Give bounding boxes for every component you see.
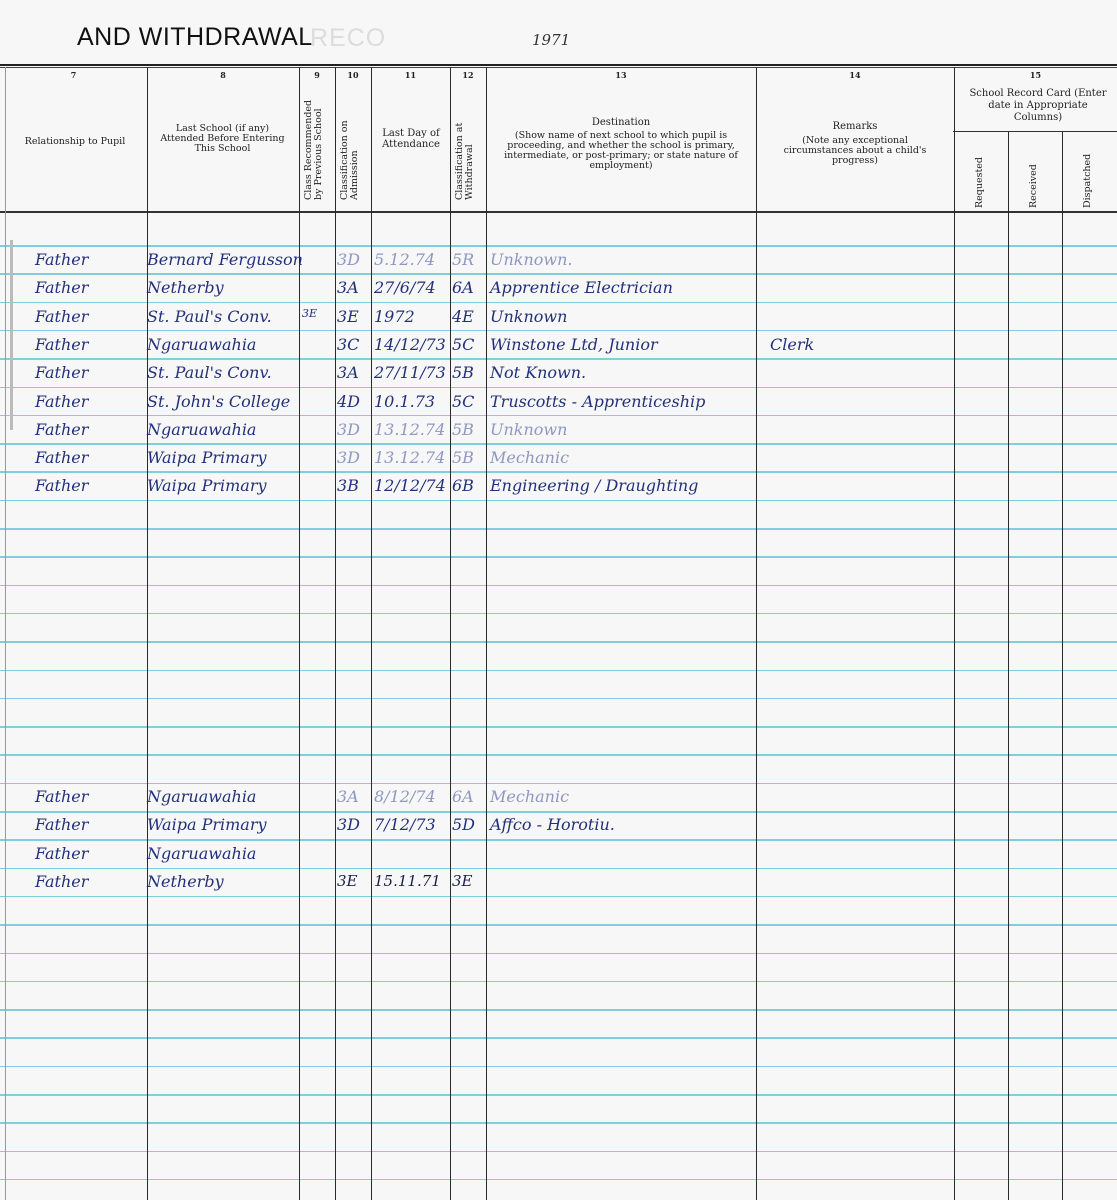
ruled-line xyxy=(0,953,1117,955)
ruled-line xyxy=(0,1009,1117,1011)
cell-last-day: 13.12.74 xyxy=(374,448,445,467)
cell-last-day: 15.11.71 xyxy=(374,872,441,890)
cell-destination: Engineering / Draughting xyxy=(490,476,698,495)
column-divider xyxy=(5,67,6,1200)
cell-destination: Not Known. xyxy=(490,363,586,382)
page-title: AND WITHDRAWAL xyxy=(77,23,313,52)
col-15-number: 15 xyxy=(954,70,1117,80)
col-7-label: Relationship to Pupil xyxy=(20,137,130,147)
column-divider xyxy=(954,67,955,1200)
col-15-requested: Requested xyxy=(975,140,985,208)
column-divider xyxy=(1008,131,1009,1200)
cell-class-withdrawal: 5R xyxy=(452,250,474,269)
cell-class-withdrawal: 6B xyxy=(452,476,474,495)
cell-class-admission: 3A xyxy=(337,363,359,382)
cell-destination: Mechanic xyxy=(490,787,569,806)
cell-class-withdrawal: 3E xyxy=(452,872,473,890)
cell-class-withdrawal: 6A xyxy=(452,278,474,297)
cell-last-day: 8/12/74 xyxy=(374,787,436,806)
ruled-line xyxy=(0,896,1117,898)
cell-relationship: Father xyxy=(35,278,88,297)
cell-class-admission: 3B xyxy=(337,476,359,495)
cell-destination: Winstone Ltd, Junior xyxy=(490,335,658,354)
column-divider xyxy=(299,67,300,1200)
cell-relationship: Father xyxy=(35,787,88,806)
cell-class-withdrawal: 5B xyxy=(452,363,474,382)
ruled-line xyxy=(0,783,1117,785)
ruled-line xyxy=(0,1066,1117,1068)
cell-last-day: 5.12.74 xyxy=(374,250,435,269)
column-divider xyxy=(1062,131,1063,1200)
cell-class-withdrawal: 5C xyxy=(452,335,474,354)
ruled-line xyxy=(0,387,1117,389)
col-9-number: 9 xyxy=(299,70,335,80)
cell-destination: Unknown xyxy=(490,307,567,326)
cell-last-school: Netherby xyxy=(147,872,224,891)
ruled-line xyxy=(0,839,1117,841)
ruled-line xyxy=(0,754,1117,756)
header-top-rule xyxy=(0,64,1117,66)
cell-class-admission: 3A xyxy=(337,787,359,806)
cell-last-school: Bernard Fergusson xyxy=(147,250,303,269)
cell-relationship: Father xyxy=(35,815,88,834)
ruled-line xyxy=(0,1094,1117,1096)
cell-last-school: St. Paul's Conv. xyxy=(147,307,272,326)
record-card-subrule xyxy=(953,131,1117,132)
cell-class-admission: 3A xyxy=(337,278,359,297)
cell-destination: Mechanic xyxy=(490,448,569,467)
cell-relationship: Father xyxy=(35,307,88,326)
column-divider xyxy=(371,67,372,1200)
cell-last-day: 12/12/74 xyxy=(374,476,446,495)
ruled-line xyxy=(0,698,1117,700)
ruled-line xyxy=(0,585,1117,587)
header-bottom-rule xyxy=(0,211,1117,213)
ruled-line xyxy=(0,443,1117,445)
cell-last-school: St. Paul's Conv. xyxy=(147,363,272,382)
col-11-label: Last Day of Attendance xyxy=(376,128,446,150)
cell-last-school: Waipa Primary xyxy=(147,815,267,834)
ruled-line xyxy=(0,302,1117,304)
header-top-rule-thin xyxy=(0,67,1117,68)
cell-relationship: Father xyxy=(35,392,88,411)
cell-class-withdrawal: 5D xyxy=(452,815,475,834)
cell-last-day: 1972 xyxy=(374,307,415,326)
ruled-line xyxy=(0,1179,1117,1181)
cell-class-admission: 3E xyxy=(337,307,359,326)
col-13-label: Destination xyxy=(496,118,746,128)
cell-relationship: Father xyxy=(35,448,88,467)
column-divider xyxy=(335,67,336,1200)
col-14-sublabel: (Note any exceptional circumstances abou… xyxy=(775,136,935,166)
ruled-line xyxy=(0,726,1117,728)
cell-last-school: Ngaruawahia xyxy=(147,335,256,354)
cell-class-admission: 3D xyxy=(337,815,360,834)
ruled-line xyxy=(0,556,1117,558)
cell-last-day: 7/12/73 xyxy=(374,815,436,834)
ruled-line xyxy=(0,330,1117,332)
col-8-number: 8 xyxy=(147,70,299,80)
col-11-number: 11 xyxy=(371,70,450,80)
ruled-line xyxy=(0,415,1117,417)
cell-last-school: Waipa Primary xyxy=(147,448,267,467)
col-10-number: 10 xyxy=(335,70,371,80)
ruled-line xyxy=(0,924,1117,926)
col-15-label: School Record Card (Enter date in Approp… xyxy=(968,88,1108,124)
col-15-dispatched: Dispatched xyxy=(1083,140,1093,208)
cell-destination: Unknown xyxy=(490,420,567,439)
ruled-line xyxy=(0,641,1117,643)
col-15-received: Received xyxy=(1029,140,1039,208)
cell-last-school: Netherby xyxy=(147,278,224,297)
column-divider xyxy=(486,67,487,1200)
cell-destination: Affco - Horotiu. xyxy=(490,815,615,834)
ruled-line xyxy=(0,273,1117,275)
cell-class-admission: 3D xyxy=(337,420,360,439)
cell-class-withdrawal: 4E xyxy=(452,307,474,326)
bleed-through-text: RECO xyxy=(310,24,386,53)
ruled-line xyxy=(0,613,1117,615)
column-divider xyxy=(147,67,148,1200)
ruled-line xyxy=(0,245,1117,247)
cell-class-withdrawal: 5B xyxy=(452,448,474,467)
ruled-line xyxy=(0,811,1117,813)
cell-destination: Truscotts - Apprenticeship xyxy=(490,392,705,411)
ruled-line xyxy=(0,670,1117,672)
ruled-line xyxy=(0,1037,1117,1039)
col-13-sublabel: (Show name of next school to which pupil… xyxy=(496,131,746,171)
cell-last-school: St. John's College xyxy=(147,392,290,411)
col-12-number: 12 xyxy=(450,70,486,80)
cell-relationship: Father xyxy=(35,420,88,439)
cell-destination: Unknown. xyxy=(490,250,573,269)
record-page: AND WITHDRAWAL RECO 1971 7 Relationship … xyxy=(0,0,1117,1200)
col-14-label: Remarks xyxy=(770,122,940,132)
cell-relationship: Father xyxy=(35,872,88,891)
col-13-number: 13 xyxy=(486,70,756,80)
ruled-line xyxy=(0,471,1117,473)
cell-last-day: 27/11/73 xyxy=(374,363,446,382)
cell-relationship: Father xyxy=(35,476,88,495)
cell-last-school: Ngaruawahia xyxy=(147,844,256,863)
col-12-label: Classification at Withdrawal xyxy=(455,90,475,200)
cell-class-withdrawal: 5C xyxy=(452,392,474,411)
cell-last-school: Waipa Primary xyxy=(147,476,267,495)
binding-mark xyxy=(10,240,13,430)
ruled-line xyxy=(0,528,1117,530)
year-annotation: 1971 xyxy=(532,31,570,49)
cell-class-admission: 3C xyxy=(337,335,359,354)
cell-class-recommended: 3E xyxy=(302,307,317,320)
cell-relationship: Father xyxy=(35,335,88,354)
col-14-number: 14 xyxy=(756,70,954,80)
cell-last-day: 27/6/74 xyxy=(374,278,436,297)
cell-relationship: Father xyxy=(35,250,88,269)
col-10-label: Classification on Admission xyxy=(340,90,360,200)
cell-class-admission: 3E xyxy=(337,872,358,890)
column-divider xyxy=(756,67,757,1200)
col-8-label: Last School (if any) Attended Before Ent… xyxy=(160,124,285,154)
cell-last-school: Ngaruawahia xyxy=(147,420,256,439)
cell-destination: Apprentice Electrician xyxy=(490,278,673,297)
cell-last-day: 10.1.73 xyxy=(374,392,435,411)
cell-last-day: 14/12/73 xyxy=(374,335,446,354)
column-divider xyxy=(450,67,451,1200)
ruled-line xyxy=(0,868,1117,870)
cell-last-day: 13.12.74 xyxy=(374,420,445,439)
cell-class-withdrawal: 6A xyxy=(452,787,474,806)
ruled-line xyxy=(0,981,1117,983)
ruled-line xyxy=(0,1122,1117,1124)
ruled-line xyxy=(0,500,1117,502)
cell-class-admission: 3D xyxy=(337,250,360,269)
cell-class-withdrawal: 5B xyxy=(452,420,474,439)
cell-class-admission: 4D xyxy=(337,392,360,411)
cell-last-school: Ngaruawahia xyxy=(147,787,256,806)
cell-remarks: Clerk xyxy=(770,335,814,354)
ruled-line xyxy=(0,1151,1117,1153)
cell-relationship: Father xyxy=(35,844,88,863)
col-9-label: Class Recommended by Previous School xyxy=(304,90,324,200)
col-7-number: 7 xyxy=(0,70,147,80)
cell-relationship: Father xyxy=(35,363,88,382)
cell-class-admission: 3D xyxy=(337,448,360,467)
ruled-line xyxy=(0,358,1117,360)
